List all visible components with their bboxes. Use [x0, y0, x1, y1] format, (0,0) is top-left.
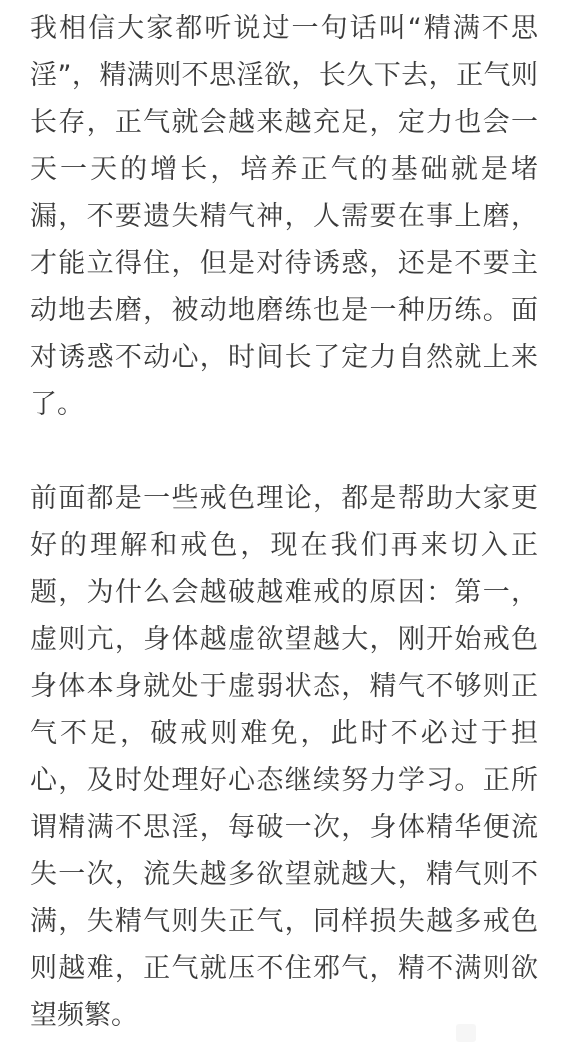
text-line: 动地去磨，被动地磨练也是一种历练。面 — [30, 287, 538, 334]
text-line: 天一天的增长，培养正气的基础就是堵 — [30, 146, 538, 193]
text-line: 前面都是一些戒色理论，都是帮助大家更 — [30, 475, 538, 522]
paragraph: 前面都是一些戒色理论，都是帮助大家更好的理解和戒色，现在我们再来切入正题，为什么… — [30, 475, 538, 1039]
text-line: 身体本身就处于虚弱状态，精气不够则正 — [30, 663, 538, 710]
paragraph: 我相信大家都听说过一句话叫“精满不思淫”，精满则不思淫欲，长久下去，正气则长存，… — [30, 5, 538, 428]
text-line: 才能立得住，但是对待诱惑，还是不要主 — [30, 240, 538, 287]
text-line: 我相信大家都听说过一句话叫“精满不思 — [30, 5, 538, 52]
text-line: 题，为什么会越破越难戒的原因：第一， — [30, 569, 538, 616]
text-line: 了。 — [30, 381, 538, 428]
text-line: 漏，不要遗失精气神，人需要在事上磨， — [30, 193, 538, 240]
text-line: 长存，正气就会越来越充足，定力也会一 — [30, 99, 538, 146]
text-line: 则越难，正气就压不住邪气，精不满则欲 — [30, 945, 538, 992]
text-line: 满，失精气则失正气，同样损失越多戒色 — [30, 898, 538, 945]
text-line: 对诱惑不动心，时间长了定力自然就上来 — [30, 334, 538, 381]
text-line: 气不足，破戒则难免，此时不必过于担 — [30, 710, 538, 757]
text-line: 虚则亢，身体越虚欲望越大，刚开始戒色 — [30, 616, 538, 663]
article-body: 我相信大家都听说过一句话叫“精满不思淫”，精满则不思淫欲，长久下去，正气则长存，… — [0, 0, 580, 1039]
text-line: 心，及时处理好心态继续努力学习。正所 — [30, 757, 538, 804]
text-line: 失一次，流失越多欲望就越大，精气则不 — [30, 851, 538, 898]
text-line: 谓精满不思淫，每破一次，身体精华便流 — [30, 804, 538, 851]
text-line: 淫”，精满则不思淫欲，长久下去，正气则 — [30, 52, 538, 99]
text-line: 好的理解和戒色，现在我们再来切入正 — [30, 522, 538, 569]
faint-watermark — [456, 1024, 476, 1042]
